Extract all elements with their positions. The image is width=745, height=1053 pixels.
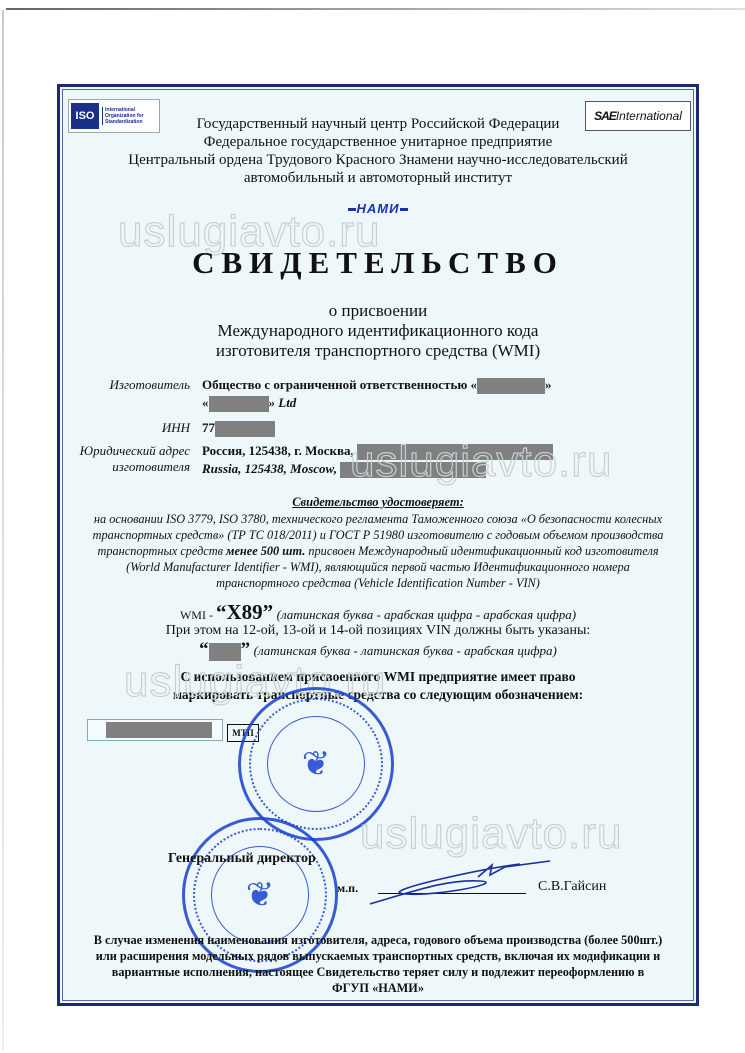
- inn-label: ИНН: [60, 420, 190, 436]
- address-label: Юридический адрес изготовителя: [60, 443, 190, 475]
- wmi-code: “X89”: [216, 600, 273, 624]
- signatory-position: Генеральный директор: [168, 850, 316, 868]
- certifies-heading: Свидетельство удостоверяет:: [60, 493, 696, 511]
- document-title: СВИДЕТЕЛЬСТВО: [60, 245, 696, 281]
- manufacturer-label: Изготовитель: [60, 377, 190, 393]
- watermark: uslugiavto.ru: [350, 437, 612, 487]
- redacted-block: [209, 396, 269, 412]
- redacted-block: [106, 722, 212, 738]
- footer-notice: В случае изменения наименования изготови…: [60, 932, 696, 996]
- coat-of-arms-icon: ❦: [302, 744, 331, 784]
- document-subtitle: о присвоении Международного идентификаци…: [60, 301, 696, 361]
- vin-positions-line: При этом на 12-ой, 13-ой и 14-ой позиция…: [60, 623, 696, 639]
- signatory-name: С.В.Гайсин: [538, 879, 606, 895]
- certificate-frame: ISO International Organization for Stand…: [57, 84, 699, 1006]
- inn-value: 77: [202, 420, 275, 437]
- coat-of-arms-icon: ❦: [246, 875, 275, 915]
- redacted-block: [477, 378, 545, 394]
- marking-designation-field: [87, 719, 223, 741]
- redacted-block: [215, 421, 275, 437]
- wmi-line: WMI - “X89” (латинская буква - арабская …: [60, 600, 696, 625]
- institution-header: Государственный научный центр Российской…: [60, 115, 696, 187]
- scan-edge-left: [2, 10, 4, 1050]
- watermark: uslugiavto.ru: [360, 809, 622, 859]
- manufacturer-value-line1: Общество с ограниченной ответственностью…: [202, 377, 552, 394]
- manufacturer-value-line2: «» Ltd: [202, 395, 296, 412]
- scan-edge-top: [6, 8, 745, 10]
- seal-label: м.п.: [337, 879, 358, 897]
- certifies-text: на основании ISO 3779, ISO 3780, техниче…: [60, 511, 696, 591]
- signature-icon: [360, 859, 560, 909]
